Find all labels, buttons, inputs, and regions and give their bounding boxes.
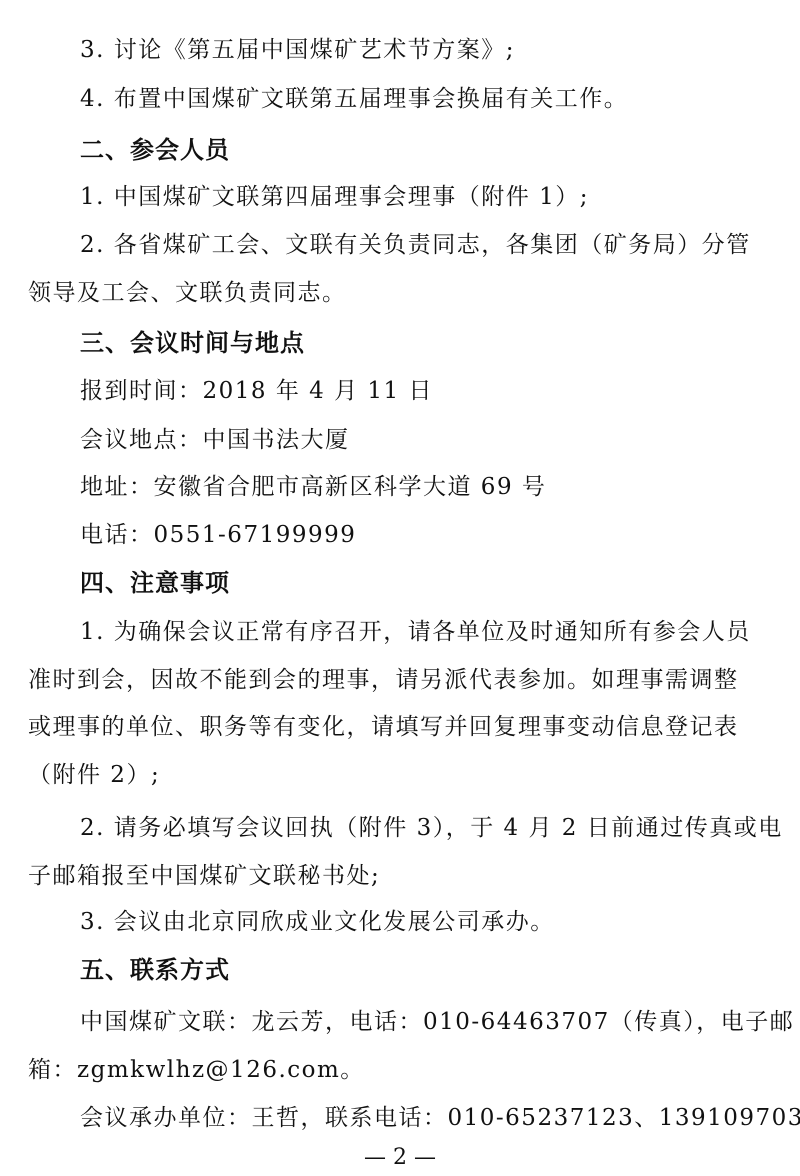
notes-item-2-cont: 子邮箱报至中国煤矿文联秘书处; [28,861,380,891]
section-heading-attendees: 二、参会人员 [80,135,230,165]
notes-item-1: 1. 为确保会议正常有序召开，请各单位及时通知所有参会人员 [80,617,751,647]
notes-item-1-cont: （附件 2）; [28,760,160,790]
section-heading-notes: 四、注意事项 [80,568,230,598]
contact-federation: 中国煤矿文联：龙云芳，电话：010-64463707（传真），电子邮 [80,1007,794,1037]
notes-item-1-cont: 或理事的单位、职务等有变化，请填写并回复理事变动信息登记表 [28,712,739,742]
contact-organizer: 会议承办单位：王哲，联系电话：010-65237123、13910970313。 [80,1103,800,1133]
contact-federation-email: 箱：zgmkwlhz@126.com。 [28,1055,365,1085]
venue-phone: 电话：0551-67199999 [80,520,356,550]
registration-time: 报到时间：2018 年 4 月 11 日 [80,376,433,406]
attendees-item-2: 2. 各省煤矿工会、文联有关负责同志，各集团（矿务局）分管 [80,230,751,260]
agenda-item-4: 4. 布置中国煤矿文联第五届理事会换届有关工作。 [80,84,628,114]
page-number: — 2 — [0,1144,800,1172]
section-heading-time-place: 三、会议时间与地点 [80,328,305,358]
meeting-venue: 会议地点：中国书法大厦 [80,425,350,455]
notes-item-3: 3. 会议由北京同欣成业文化发展公司承办。 [80,907,555,937]
venue-address: 地址：安徽省合肥市高新区科学大道 69 号 [80,472,546,502]
section-heading-contact: 五、联系方式 [80,955,230,985]
attendees-item-1: 1. 中国煤矿文联第四届理事会理事（附件 1）; [80,182,589,212]
attendees-item-2-cont: 领导及工会、文联负责同志。 [28,278,347,308]
notes-item-1-cont: 准时到会，因故不能到会的理事，请另派代表参加。如理事需调整 [28,665,739,695]
agenda-item-3: 3. 讨论《第五届中国煤矿艺术节方案》; [80,35,515,65]
notes-item-2: 2. 请务必填写会议回执（附件 3），于 4 月 2 日前通过传真或电 [80,813,783,843]
